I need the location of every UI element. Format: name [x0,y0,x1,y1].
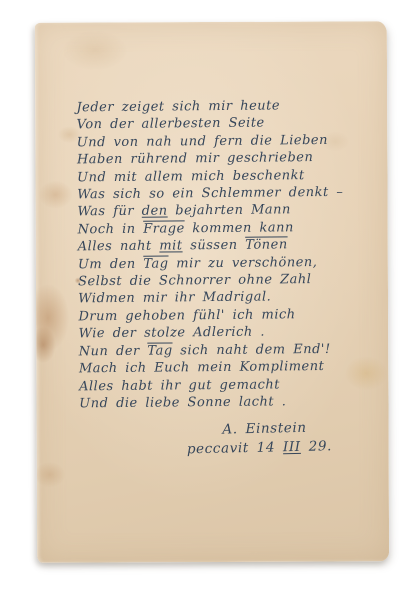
text-segment: Widmen mir ihr Madrigal. [78,290,271,307]
text-segment: sich naht dem End'! [173,342,331,359]
text-segment: Frage [143,221,185,236]
text-segment: Alles habt ihr gut gemacht [79,377,280,394]
text-segment: 29. [301,438,333,455]
text-segment: III [283,439,301,455]
text-segment: Und von nah und fern die Lieben [77,133,328,150]
text-segment: Was für [77,204,141,220]
text-segment: Noch in [78,222,144,238]
date-line: peccavit 14 III 29. [187,437,333,459]
text-segment: Nun der [79,343,148,359]
text-segment: Wie der stolze Adlerich . [79,325,266,342]
text-segment: den [142,204,168,219]
text-segment: bejahrten Mann [168,203,291,219]
poem-line: Was sich so ein Schlemmer denkt – [77,184,367,204]
text-segment: Von der allerbesten Seite [77,116,265,133]
text-segment: Und mit allem mich beschenkt [77,168,305,185]
text-segment: Jeder zeiget sich mir heute [76,98,280,115]
text-segment: Tönen [245,238,288,253]
poem-line: Nun der Tag sich naht dem End'! [79,340,369,360]
text-segment: Um den [78,256,144,272]
poem-line: Und die liebe Sonne lacht . [79,392,369,412]
text-segment: kommen kann [185,220,294,236]
text-segment: Alles naht [78,239,160,255]
text-segment: mit [159,239,182,254]
poem-lines: Jeder zeiget sich mir heuteVon der aller… [76,97,369,413]
text-segment: süssen [182,238,245,254]
text-segment: peccavit 14 [187,439,283,457]
text-segment: Haben rührend mir geschrieben [77,150,314,167]
text-segment: Mach ich Euch mein Kompliment [79,359,325,376]
manuscript-paper: Jeder zeiget sich mir heuteVon der aller… [35,21,389,563]
text-segment: mir zu verschönen, [169,255,318,271]
text-segment: Und die liebe Sonne lacht . [79,394,286,411]
text-segment: Was sich so ein Schlemmer denkt – [77,185,343,203]
poem-line: Und von nah und fern die Lieben [77,131,367,151]
text-segment: Tag [143,256,168,271]
text-segment: Tag [147,343,172,358]
text-segment: Selbst die Schnorrer ohne Zahl [78,272,311,289]
text-segment: Drum gehoben fühl' ich mich [78,307,295,324]
signature-block: A. Einstein peccavit 14 III 29. [186,418,332,459]
signature: A. Einstein [222,418,332,439]
photo-background: Jeder zeiget sich mir heuteVon der aller… [0,0,410,594]
